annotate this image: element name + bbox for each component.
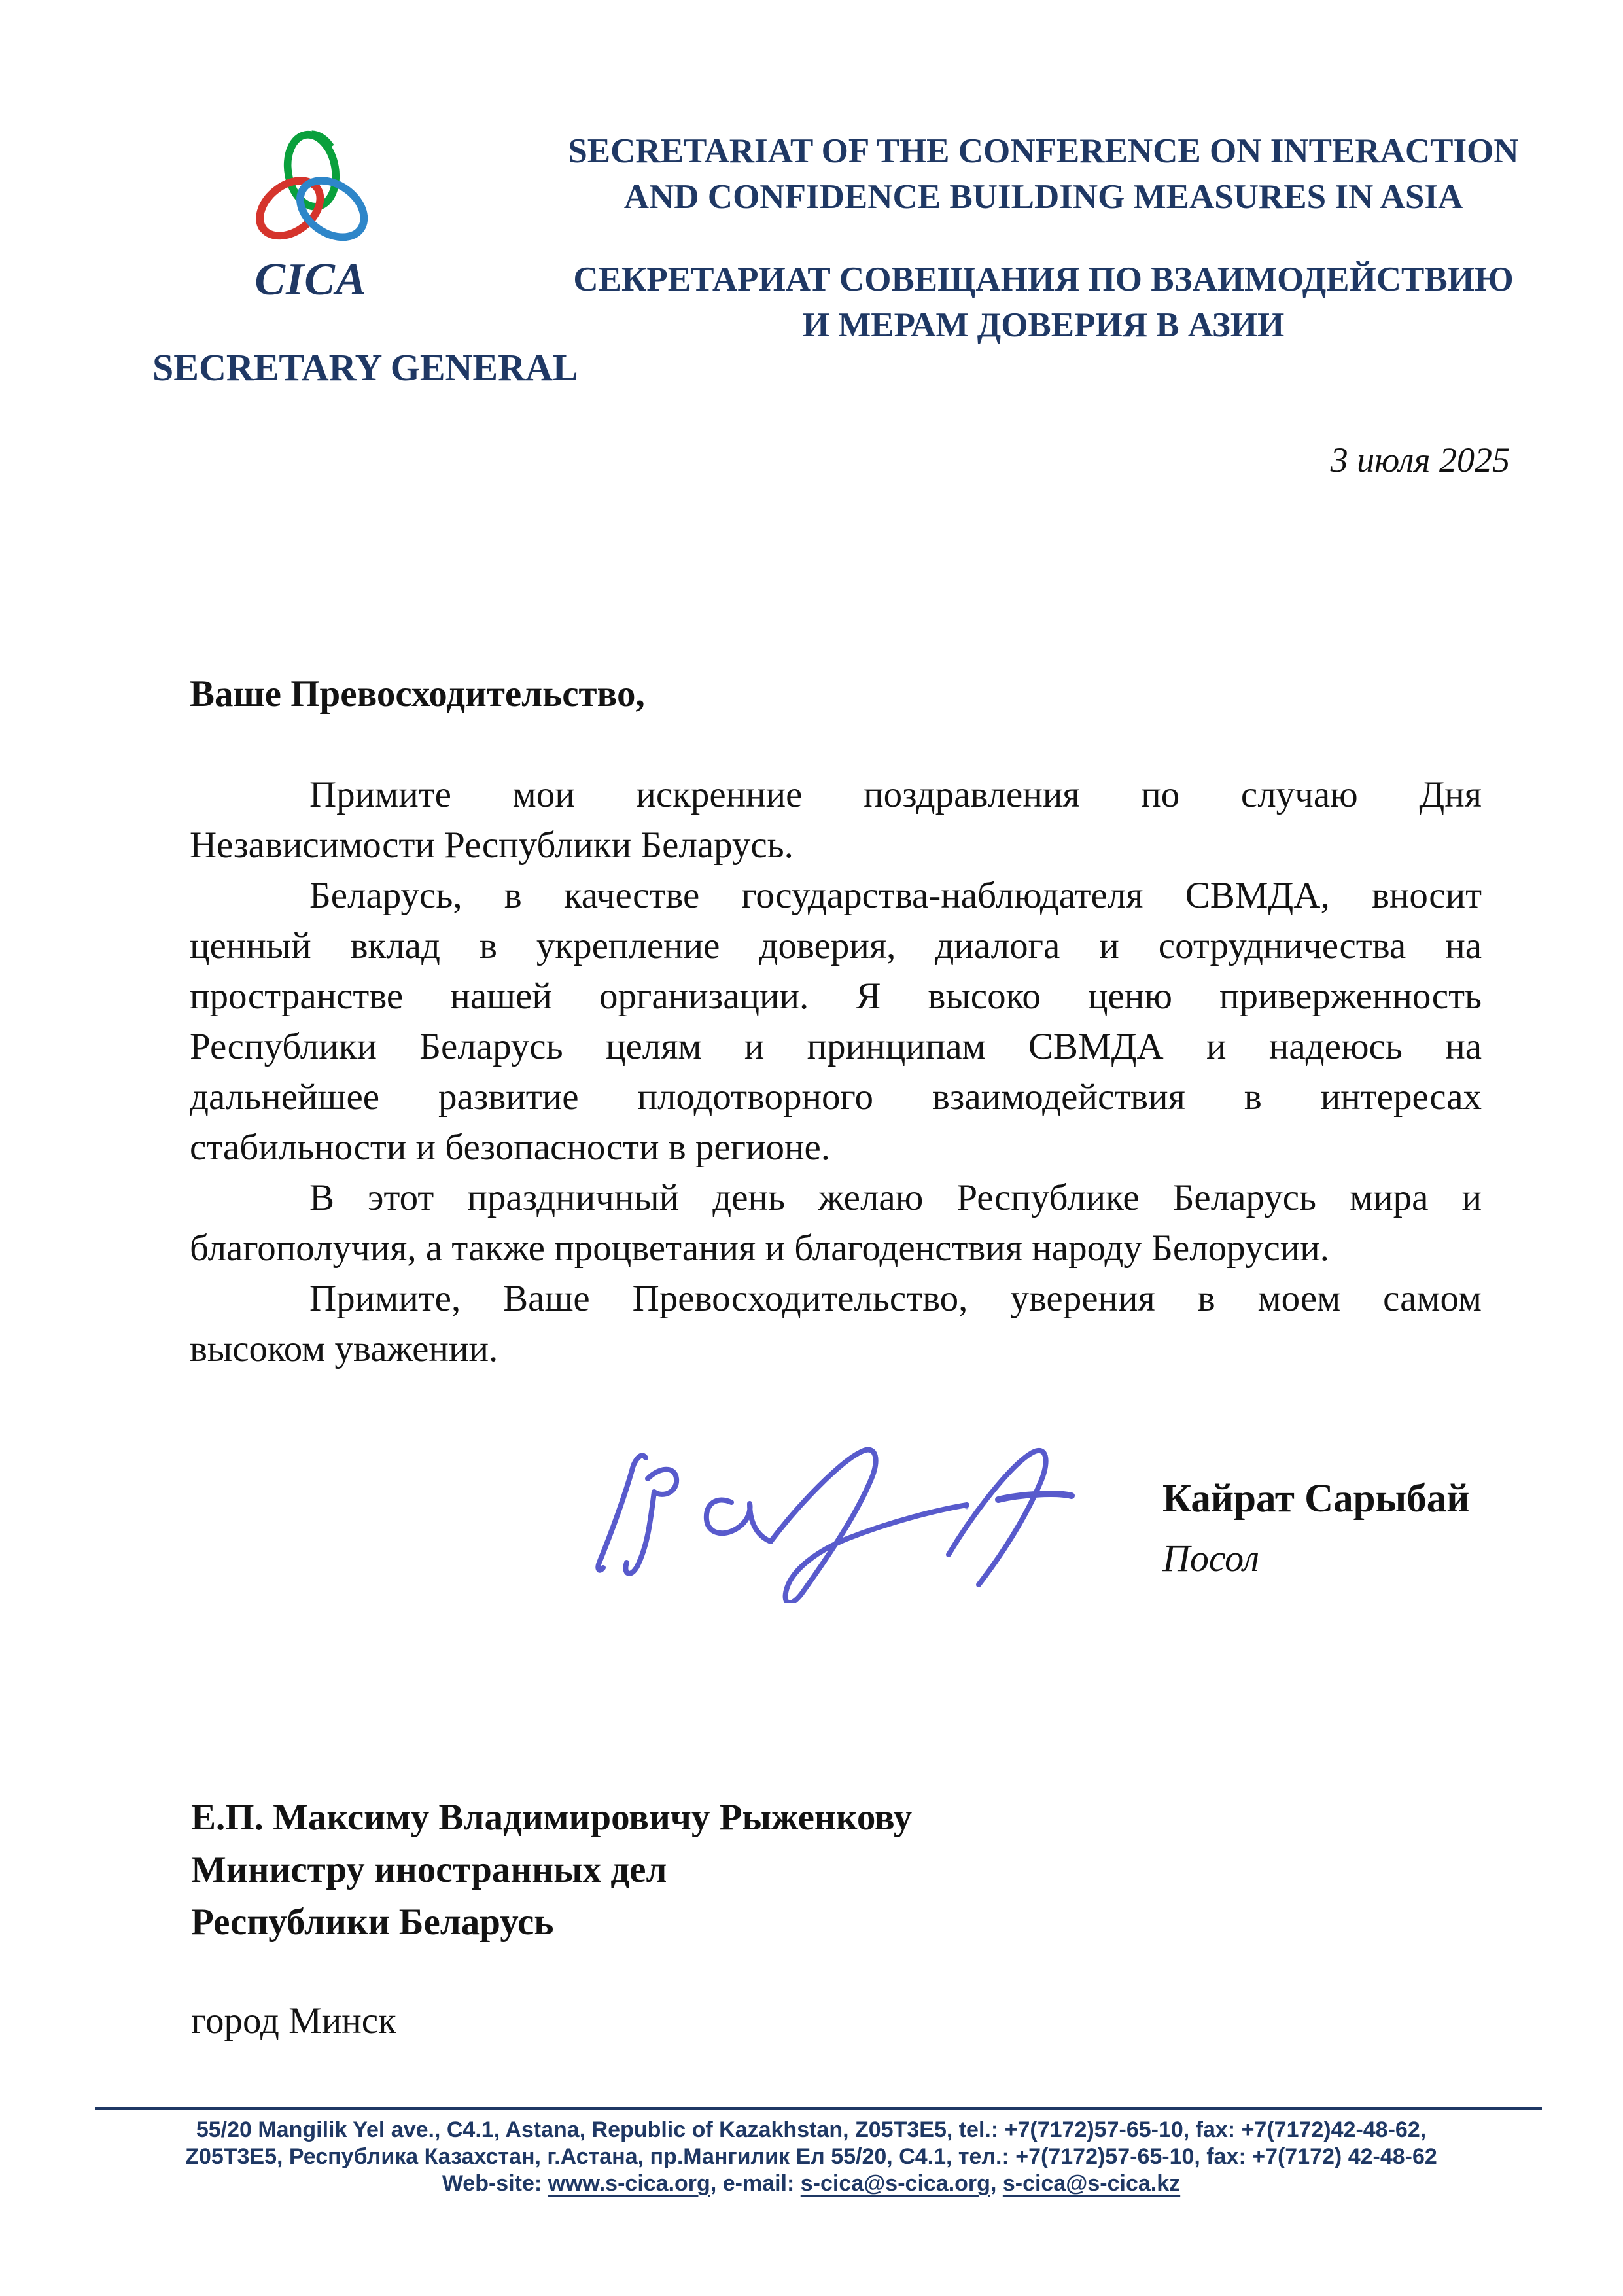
footer-web-label: Web-site:: [442, 2171, 548, 2196]
body-line: высоком уважении.: [190, 1324, 1482, 1374]
body-line: Беларусь, в качестве государства-наблюда…: [190, 870, 1482, 921]
body-line: благополучия, а также процветания и благ…: [190, 1223, 1482, 1273]
body-line: пространстве нашей организации. Я высоко…: [190, 971, 1482, 1021]
cica-wordmark: CICA: [236, 254, 386, 306]
body-line: В этот праздничный день желаю Республике…: [190, 1173, 1482, 1223]
recipient-country: Республики Беларусь: [191, 1896, 1303, 1949]
footer-separator: ,: [990, 2171, 1003, 2196]
org-title-en-line1: SECRETARIAT OF THE CONFERENCE ON INTERAC…: [556, 128, 1531, 174]
cica-logo-icon: [251, 126, 372, 253]
footer-web-line: Web-site: www.s-cica.org, e-mail: s-cica…: [92, 2170, 1531, 2197]
blank-line: [190, 719, 1482, 769]
paragraphs-container: Примите мои искренние поздравления по сл…: [190, 769, 1482, 1374]
recipient-name: Е.П. Максиму Владимировичу Рыженкову: [191, 1792, 1303, 1844]
org-title-ru-line2: И МЕРАМ ДОВЕРИЯ В АЗИИ: [556, 302, 1531, 348]
org-title-english: SECRETARIAT OF THE CONFERENCE ON INTERAC…: [556, 128, 1531, 220]
org-title-en-line2: AND CONFIDENCE BUILDING MEASURES IN ASIA: [556, 174, 1531, 220]
signer-title: Посол: [1162, 1536, 1259, 1580]
recipient-block: Е.П. Максиму Владимировичу Рыженкову Мин…: [191, 1792, 1303, 1949]
body-line: ценный вклад в укрепление доверия, диало…: [190, 921, 1482, 971]
email-link-kz[interactable]: s-cica@s-cica.kz: [1003, 2171, 1180, 2196]
signer-name: Кайрат Сарыбай: [1162, 1476, 1469, 1522]
recipient-city: город Минск: [191, 2000, 396, 2042]
body-line: Республики Беларусь целям и принципам СВ…: [190, 1021, 1482, 1072]
recipient-position: Министру иностранных дел: [191, 1844, 1303, 1896]
letter-page: CICA SECRETARY GENERAL SECRETARIAT OF TH…: [0, 0, 1623, 2296]
website-link[interactable]: www.s-cica.org: [548, 2171, 710, 2196]
footer-address-ru: Z05T3E5, Республика Казахстан, г.Астана,…: [92, 2144, 1531, 2170]
footer-divider: [95, 2107, 1542, 2110]
org-title-russian: СЕКРЕТАРИАТ СОВЕЩАНИЯ ПО ВЗАИМОДЕЙСТВИЮ …: [556, 256, 1531, 348]
body-line: дальнейшее развитие плодотворного взаимо…: [190, 1072, 1482, 1122]
footer-address-en: 55/20 Mangilik Yel ave., C4.1, Astana, R…: [92, 2117, 1531, 2144]
body-line: Примите, Ваше Превосходительство, уверен…: [190, 1273, 1482, 1324]
body-line: стабильности и безопасности в регионе.: [190, 1122, 1482, 1173]
body-line: Независимости Республики Беларусь.: [190, 820, 1482, 870]
secretary-general-label: SECRETARY GENERAL: [152, 345, 610, 389]
body-line: Примите мои искренние поздравления по сл…: [190, 769, 1482, 820]
footer-contact-block: 55/20 Mangilik Yel ave., C4.1, Astana, R…: [92, 2117, 1531, 2197]
org-title-ru-line1: СЕКРЕТАРИАТ СОВЕЩАНИЯ ПО ВЗАИМОДЕЙСТВИЮ: [556, 256, 1531, 302]
letter-date: 3 июля 2025: [1331, 440, 1510, 480]
handwritten-signature: [582, 1426, 1106, 1603]
footer-email-label: , e-mail:: [710, 2171, 801, 2196]
email-link-org[interactable]: s-cica@s-cica.org: [801, 2171, 990, 2196]
salutation: Ваше Превосходительство,: [190, 669, 1482, 719]
letter-body: Ваше Превосходительство, Примите мои иск…: [190, 669, 1482, 1374]
